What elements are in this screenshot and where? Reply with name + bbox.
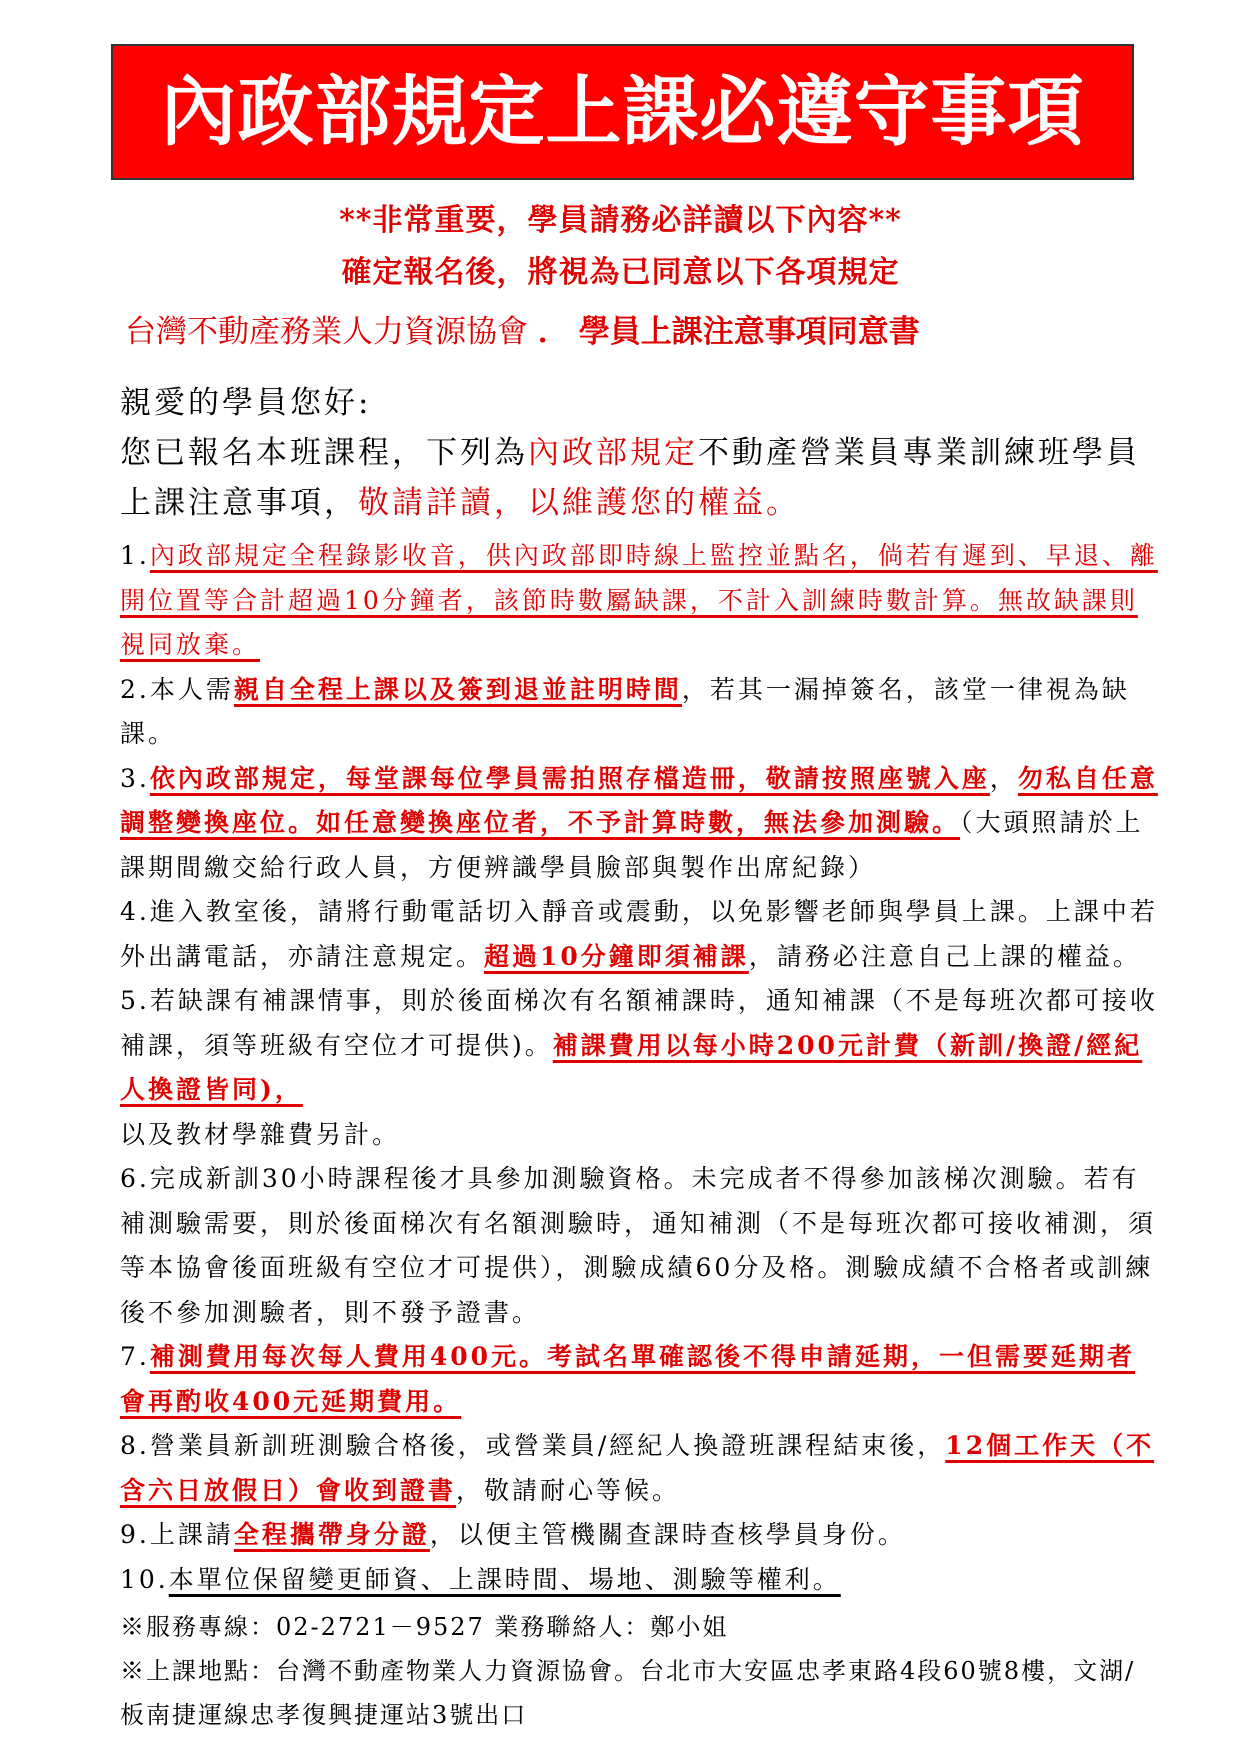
rule-text: 完成新訓30小時課程後才具參加測驗資格。未完成者不得參加該梯次測驗。若有補測驗需… [120,1164,1156,1327]
class-location: ※上課地點：台灣不動產物業人力資源協會。台北市大安區忠孝東路4段60號8樓，文湖… [120,1649,1160,1737]
rule-text: ，以便主管機關查課時查核學員身份。 [430,1520,906,1549]
footer: ※服務專線：02-2721－9527 業務聯絡人：鄭小姐 ※上課地點：台灣不動產… [120,1605,1160,1737]
bullet-separator: ． [538,314,569,350]
rule-text: ，敬請耐心等候。 [456,1476,680,1505]
rule-text: 上課請 [150,1520,234,1549]
rule-number: 8. [120,1431,150,1460]
rule-text: 本人需 [150,675,234,704]
rule-item: 1.內政部規定全程錄影收音，供內政部即時線上監控並點名，倘若有遲到、早退、離開位… [120,534,1160,668]
intro-paragraph: 您已報名本班課程，下列為內政部規定不動產營業員專業訓練班學員上課注意事項，敬請詳… [120,428,1160,528]
rule-emphasis: 超過10分鐘即須補課 [484,942,749,971]
rule-item: 8.營業員新訓班測驗合格後，或營業員/經紀人換證班課程結束後，12個工作天（不含… [120,1424,1160,1513]
intro-ministry: 內政部規定 [528,435,698,471]
rule-text: 營業員新訓班測驗合格後，或營業員/經紀人換證班課程結束後， [150,1431,945,1460]
rule-number: 7. [120,1342,150,1371]
rule-number: 2. [120,675,150,704]
rule-text: 以及教材學雜費另計。 [120,1120,400,1149]
document-title: 學員上課注意事項同意書 [579,314,920,350]
rules-list: 1.內政部規定全程錄影收音，供內政部即時線上監控並點名，倘若有遲到、早退、離開位… [120,534,1160,1602]
intro-please-read: 敬請詳讀，以維護您的權益。 [358,485,800,521]
rule-number: 6. [120,1164,150,1193]
rule-item: 6.完成新訓30小時課程後才具參加測驗資格。未完成者不得參加該梯次測驗。若有補測… [120,1157,1160,1335]
greeting: 親愛的學員您好: [120,378,1160,428]
rule-emphasis: 本單位保留變更師資、上課時間、場地、測驗等權利。 [169,1565,841,1594]
important-notice: **非常重要，學員請務必詳讀以下內容** [0,206,1241,236]
title-banner: 內政部規定上課必遵守事項 [111,44,1134,180]
rule-number: 3. [120,764,150,793]
rule-item: 7.補測費用每次每人費用400元。考試名單確認後不得申請延期，一但需要延期者會再… [120,1335,1160,1424]
rule-item: 3.依內政部規定，每堂課每位學員需拍照存檔造冊，敬請按照座號入座，勿私自任意調整… [120,757,1160,891]
rule-number: 4. [120,897,150,926]
rule-emphasis: 全程攜帶身分證 [234,1520,430,1549]
rule-emphasis: 補測費用每次每人費用400元。考試名單確認後不得申請延期，一但需要延期者會再酌收… [120,1342,1135,1416]
rule-item: 10.本單位保留變更師資、上課時間、場地、測驗等權利。 [120,1558,1160,1603]
org-name: 台灣不動產務業人力資源協會 [125,314,528,350]
rule-number: 10. [120,1565,169,1594]
main-content: 親愛的學員您好: 您已報名本班課程，下列為內政部規定不動產營業員專業訓練班學員上… [120,378,1160,1602]
rule-number: 5. [120,986,150,1015]
page-title: 內政部規定上課必遵守事項 [161,74,1085,150]
rule-number: 1. [120,541,150,570]
rule-text: ，請務必注意自己上課的權益。 [749,942,1141,971]
rule-item: 9.上課請全程攜帶身分證，以便主管機關查課時查核學員身份。 [120,1513,1160,1558]
rule-emphasis: 依內政部規定，每堂課每位學員需拍照存檔造冊，敬請按照座號入座 [150,764,990,793]
rule-text: ， [990,764,1018,793]
agreement-notice: 確定報名後，將視為已同意以下各項規定 [0,258,1241,288]
rule-item: 5.若缺課有補課情事，則於後面梯次有名額補課時，通知補課（不是每班次都可接收補課… [120,979,1160,1157]
service-hotline: ※服務專線：02-2721－9527 業務聯絡人：鄭小姐 [120,1605,1160,1649]
rule-emphasis: 內政部規定全程錄影收音，供內政部即時線上監控並點名，倘若有遲到、早退、離開位置等… [120,541,1158,659]
rule-item: 2.本人需親自全程上課以及簽到退並註明時間，若其一漏掉簽名，該堂一律視為缺課。 [120,668,1160,757]
rule-emphasis: 親自全程上課以及簽到退並註明時間 [234,675,682,704]
rule-number: 9. [120,1520,150,1549]
intro-text-1: 您已報名本班課程，下列為 [120,435,528,471]
rule-item: 4.進入教室後，請將行動電話切入靜音或震動，以免影響老師與學員上課。上課中若外出… [120,890,1160,979]
org-title-line: 台灣不動產務業人力資源協會 ． 學員上課注意事項同意書 [125,317,920,348]
